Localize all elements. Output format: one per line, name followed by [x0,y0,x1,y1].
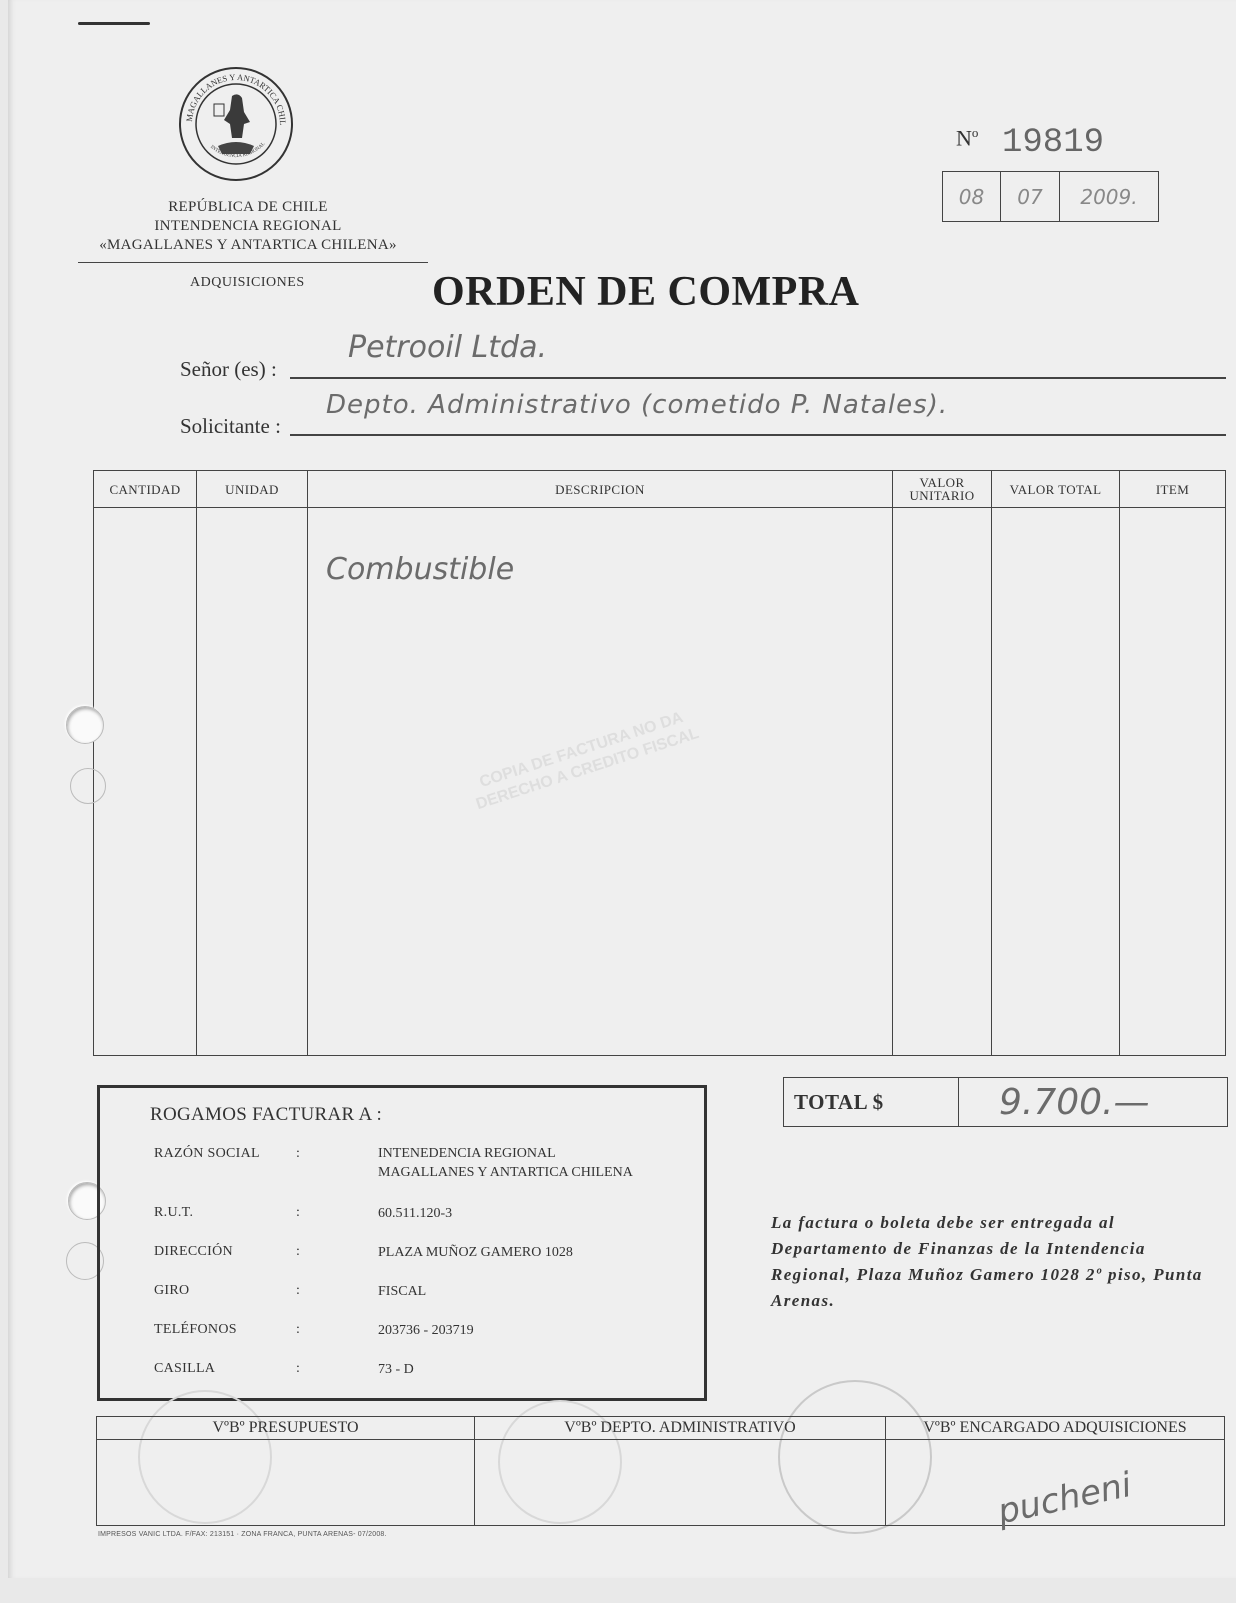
colon: : [296,1322,300,1338]
billing-value-giro: FISCAL [378,1282,426,1301]
cell-item[interactable] [1120,508,1226,1056]
order-number: 19819 [1002,124,1104,162]
col-vb-encargado-adquisiciones: VºBº ENCARGADO ADQUISICIONES [886,1417,1225,1440]
items-header-row: CANTIDAD UNIDAD DESCRIPCION VALOR UNITAR… [94,471,1226,508]
cell-unidad[interactable] [197,508,308,1056]
cell-valor-total[interactable] [992,508,1120,1056]
billing-label-direccion: DIRECCIÓN [154,1244,233,1260]
department-label: ADQUISICIONES [190,275,305,291]
colon: : [296,1205,300,1221]
col-valor-unitario: VALOR UNITARIO [893,471,992,508]
cell-valor-unitario[interactable] [893,508,992,1056]
signature-depto-administrativo[interactable] [475,1440,886,1526]
col-vb-presupuesto: VºBº PRESUPUESTO [97,1417,475,1440]
billing-value-razon-social: INTENEDENCIA REGIONAL MAGALLANES Y ANTAR… [378,1144,633,1182]
punch-hole [66,706,104,744]
col-descripcion: DESCRIPCION [308,471,893,508]
date-day[interactable]: 08 [943,172,1001,221]
colon: : [296,1244,300,1260]
cell-descripcion[interactable]: Combustible [308,508,893,1056]
item-description: Combustible [326,552,892,587]
billing-label-rut: R.U.T. [154,1205,193,1221]
total-value[interactable]: 9.700.— [959,1078,1227,1126]
table-row: Combustible [94,508,1226,1056]
purchase-order-page: MAGALLANES Y ANTARTICA CHILENA INTENDENC… [8,0,1236,1578]
col-unidad: UNIDAD [197,471,308,508]
cell-cantidad[interactable] [94,508,197,1056]
torn-hole [70,768,106,804]
colon: : [296,1146,300,1162]
solicitante-label: Solicitante : [180,414,281,439]
col-valor-total: VALOR TOTAL [992,471,1120,508]
billing-label-casilla: CASILLA [154,1361,215,1377]
institution-line: «MAGALLANES Y ANTARTICA CHILENA» [78,236,418,255]
senor-label: Señor (es) : [180,357,277,382]
billing-label-giro: GIRO [154,1283,189,1299]
header-divider [78,262,428,263]
billing-value-telefonos: 203736 - 203719 [378,1321,474,1340]
approvals-table: VºBº PRESUPUESTO VºBº DEPTO. ADMINISTRAT… [96,1416,1225,1526]
billing-label-telefonos: TELÉFONOS [154,1322,237,1338]
order-number-label: No [956,125,978,151]
signature: pucheni [994,1445,1225,1532]
scan-mark [78,22,150,25]
institution-line: REPÚBLICA DE CHILE [78,198,418,217]
billing-value-casilla: 73 - D [378,1360,414,1379]
document-title: ORDEN DE COMPRA [432,268,859,316]
billing-box: ROGAMOS FACTURAR A : RAZÓN SOCIAL : INTE… [97,1085,707,1401]
solicitante-value[interactable]: Depto. Administrativo (cometido P. Natal… [326,390,948,420]
signature-encargado-adquisiciones[interactable]: pucheni [886,1440,1225,1526]
approvals-header-row: VºBº PRESUPUESTO VºBº DEPTO. ADMINISTRAT… [97,1417,1225,1440]
senor-line [290,377,1226,379]
billing-label-razon-social: RAZÓN SOCIAL [154,1146,260,1162]
printer-footer: IMPRESOS VANIC LTDA. F/FAX: 213151 · ZON… [98,1531,387,1538]
institution-line: INTENDENCIA REGIONAL [78,217,418,236]
items-table: CANTIDAD UNIDAD DESCRIPCION VALOR UNITAR… [93,470,1226,1056]
colon: : [296,1283,300,1299]
billing-title: ROGAMOS FACTURAR A : [150,1104,382,1126]
value-line: INTENEDENCIA REGIONAL [378,1144,633,1163]
order-date: 08 07 2009. [942,171,1159,222]
date-month[interactable]: 07 [1001,172,1060,221]
institution-header: REPÚBLICA DE CHILE INTENDENCIA REGIONAL … [78,198,418,255]
col-cantidad: CANTIDAD [94,471,197,508]
total-label: TOTAL $ [784,1078,959,1126]
date-year[interactable]: 2009. [1060,172,1158,221]
billing-value-rut: 60.511.120-3 [378,1204,452,1223]
regional-seal-icon: MAGALLANES Y ANTARTICA CHILENA INTENDENC… [178,66,294,182]
senor-value[interactable]: Petrooil Ltda. [348,330,547,365]
solicitante-line [290,434,1226,436]
signature-presupuesto[interactable] [97,1440,475,1526]
total-box: TOTAL $ 9.700.— [783,1077,1228,1127]
billing-value-direccion: PLAZA MUÑOZ GAMERO 1028 [378,1243,573,1262]
delivery-note: La factura o boleta debe ser entregada a… [771,1210,1211,1314]
colon: : [296,1361,300,1377]
col-item: ITEM [1120,471,1226,508]
value-line: MAGALLANES Y ANTARTICA CHILENA [378,1163,633,1182]
col-vb-depto-administrativo: VºBº DEPTO. ADMINISTRATIVO [475,1417,886,1440]
signature-row: pucheni [97,1440,1225,1526]
